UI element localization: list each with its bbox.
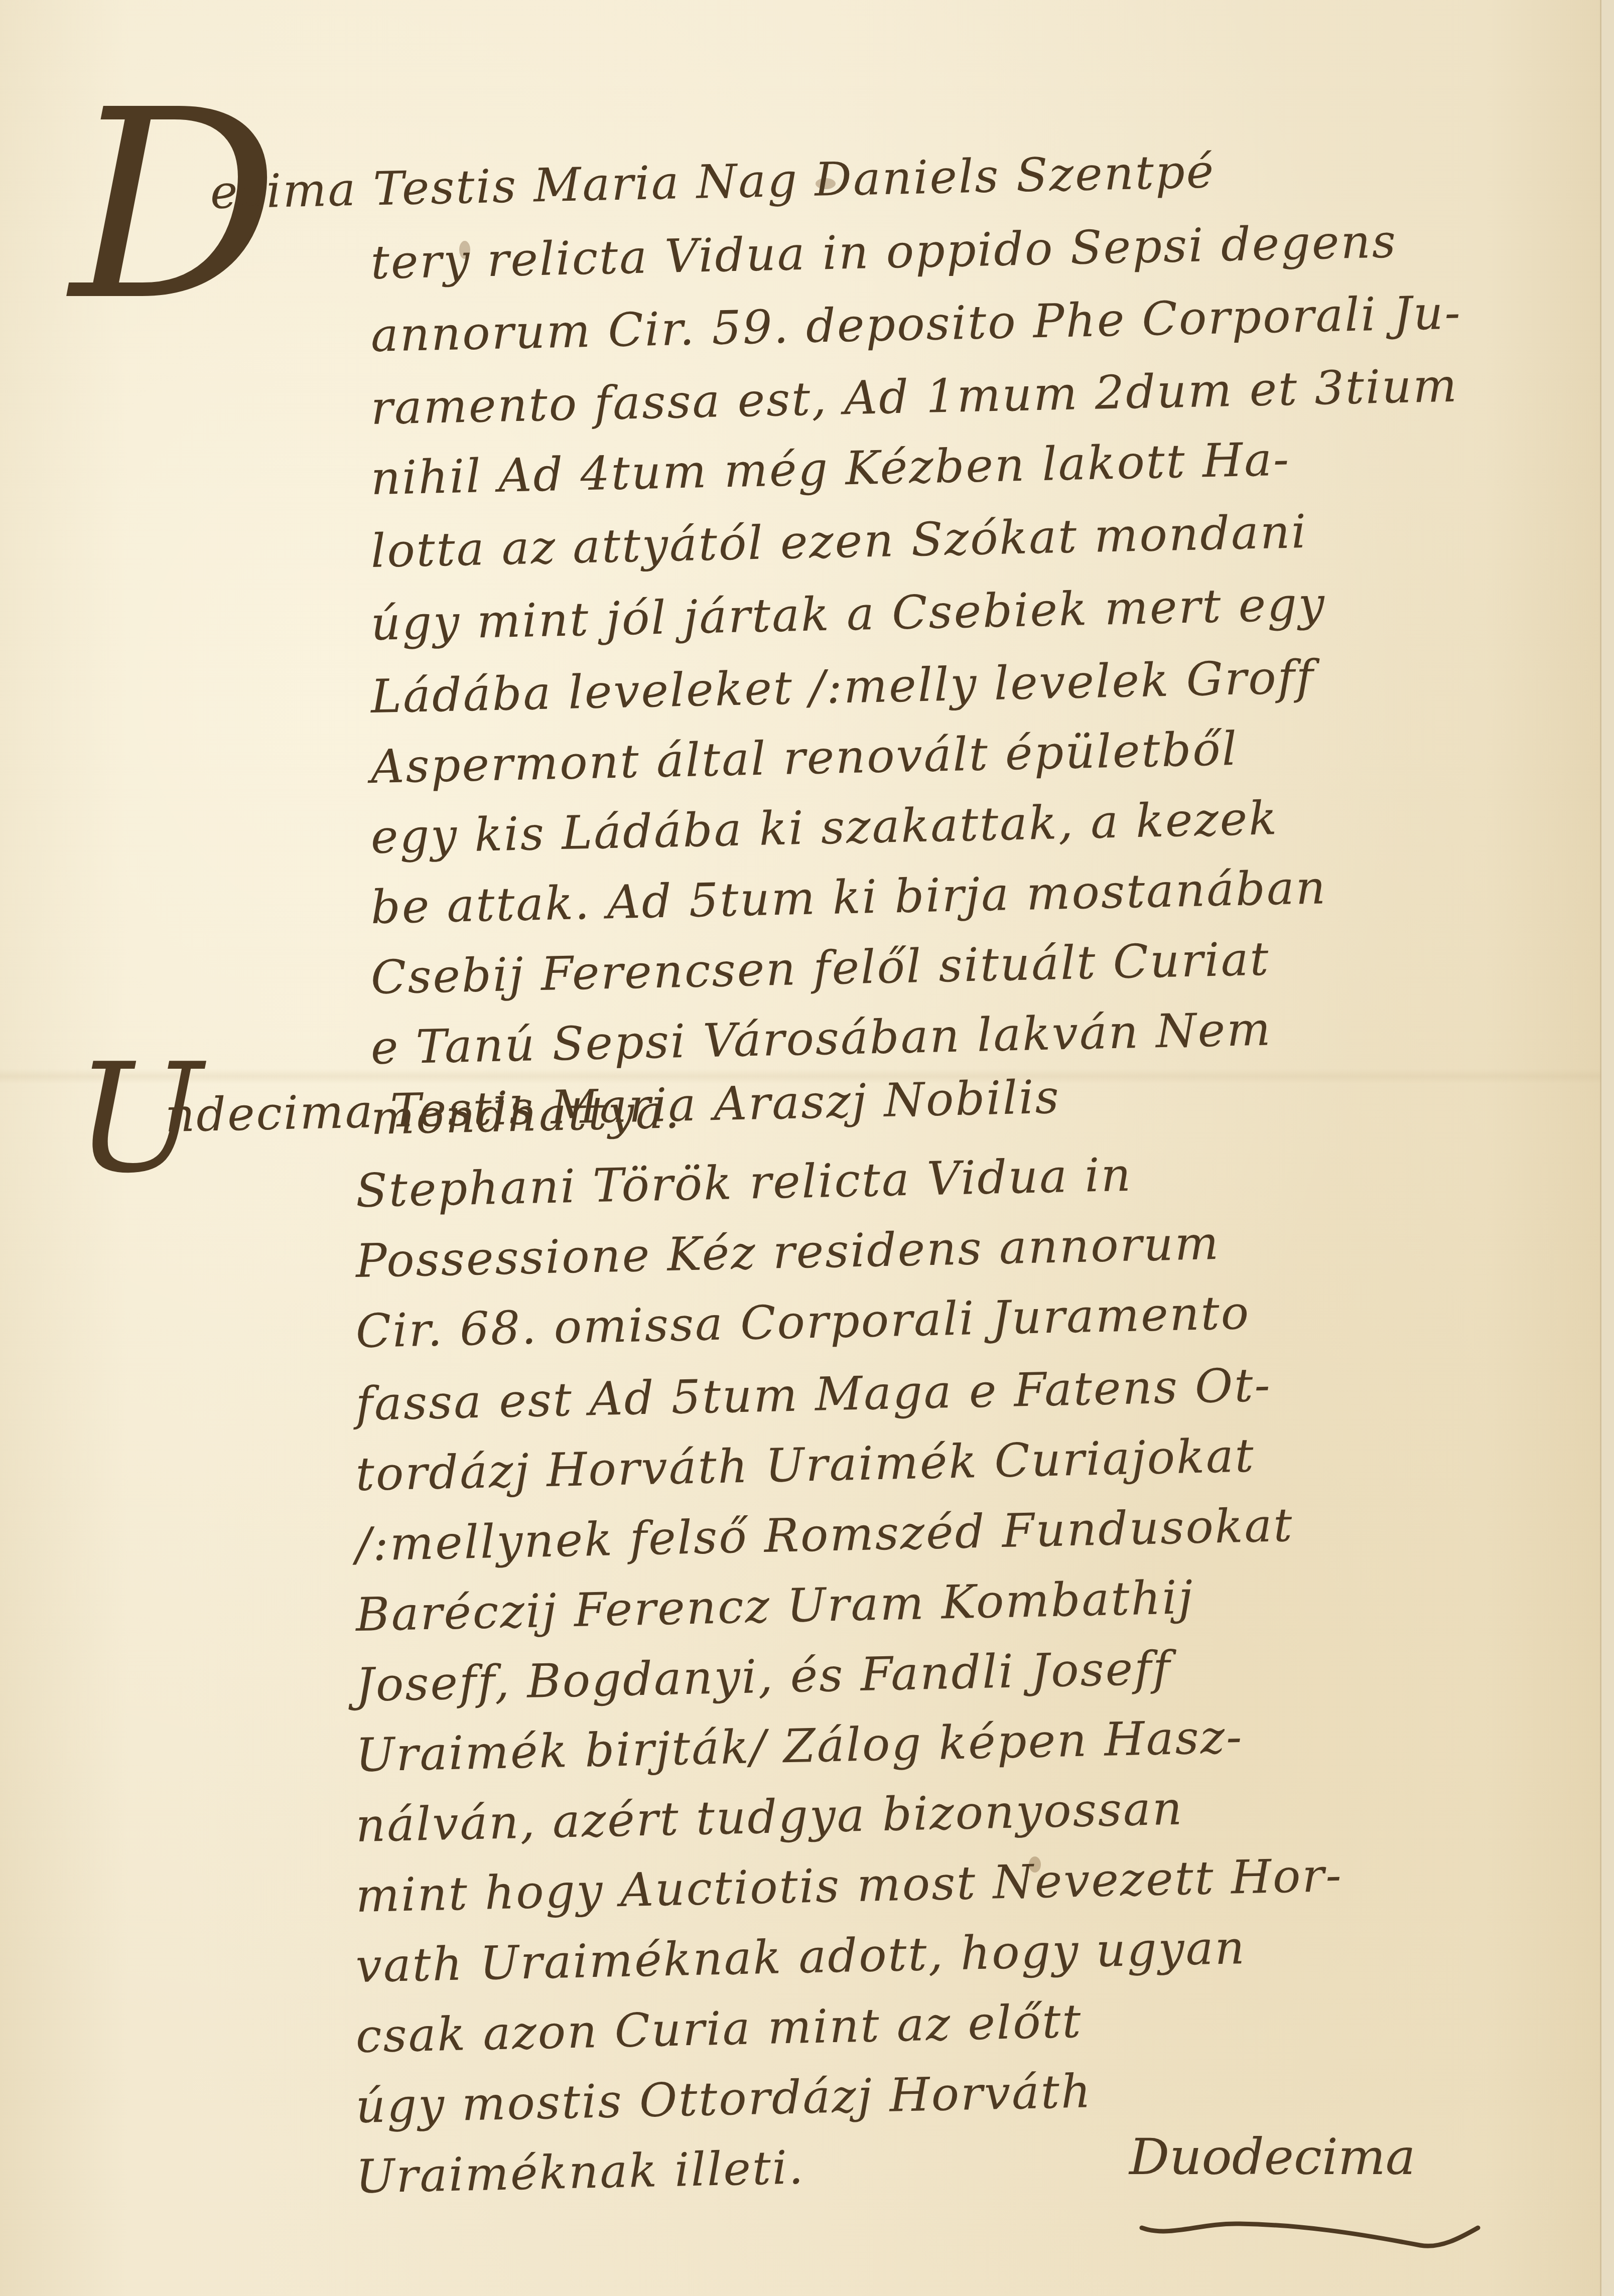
text-line: be attak. Ad 5tum ki birja mostanában xyxy=(370,860,1327,934)
text-line: Possessione Kéz residens annorum xyxy=(355,1216,1221,1288)
text-line: /:mellynek felső Romszéd Fundusokat xyxy=(355,1498,1294,1571)
text-line: Cir. 68. omissa Corporali Juramento xyxy=(355,1286,1251,1358)
text-line: lotta az attyától ezen Szókat mondani xyxy=(370,505,1308,578)
text-line: ramento fassa est, Ad 1mum 2dum et 3tium xyxy=(370,359,1459,435)
manuscript-page: D ecima Testis Maria Nag Daniels Szentpé… xyxy=(0,0,1614,2296)
text-line: csak azon Curia mint az előtt xyxy=(355,1994,1083,2063)
text-line: fassa est Ad 5tum Maga e Fatens Ot- xyxy=(355,1358,1272,1431)
text-line: annorum Cir. 59. deposito Phe Corporali … xyxy=(370,285,1462,362)
text-line: Uraiméknak illeti. xyxy=(355,2140,805,2204)
text-line: Uraimék birjták/ Zálog képen Hasz- xyxy=(355,1710,1244,1782)
text-line: mint hogy Auctiotis most Nevezett Hor- xyxy=(355,1848,1343,1923)
catchword: Duodecima xyxy=(1129,2127,1415,2186)
flourish-underline xyxy=(1139,2218,1481,2253)
text-line: Stephani Török relicta Vidua in xyxy=(355,1148,1133,1218)
text-line: e Tanú Sepsi Városában lakván Nem xyxy=(370,1002,1273,1075)
text-line: nálván, azért tudgya bizonyossan xyxy=(355,1781,1184,1852)
text-line: Aspermont által renovált épületből xyxy=(370,722,1239,794)
text-line: tordázj Horváth Uraimék Curiajokat xyxy=(355,1428,1256,1501)
text-line: úgy mostis Ottordázj Horváth xyxy=(355,2064,1093,2133)
text-line: Csebij Ferencsen felől situált Curiat xyxy=(370,932,1271,1004)
page-edge-strip xyxy=(1601,0,1614,2296)
entry-heading: ecima Testis Maria Nag Daniels Szentpé xyxy=(210,145,1216,219)
text-line: egy kis Ládába ki szakattak, a kezek xyxy=(370,791,1279,864)
text-line: nihil Ad 4tum még Kézben lakott Ha- xyxy=(370,433,1291,505)
text-line: Ládába leveleket /:melly levelek Groff xyxy=(370,650,1315,724)
text-line: vath Uraiméknak adott, hogy ugyan xyxy=(355,1921,1247,1993)
text-line: Baréczij Ferencz Uram Kombathij xyxy=(355,1570,1195,1642)
text-line: úgy mint jól jártak a Csebiek mert egy xyxy=(370,577,1326,651)
text-line: tery relicta Vidua in oppido Sepsi degen… xyxy=(370,214,1398,290)
text-line: Joseff, Bogdanyi, és Fandli Joseff xyxy=(355,1641,1172,1712)
